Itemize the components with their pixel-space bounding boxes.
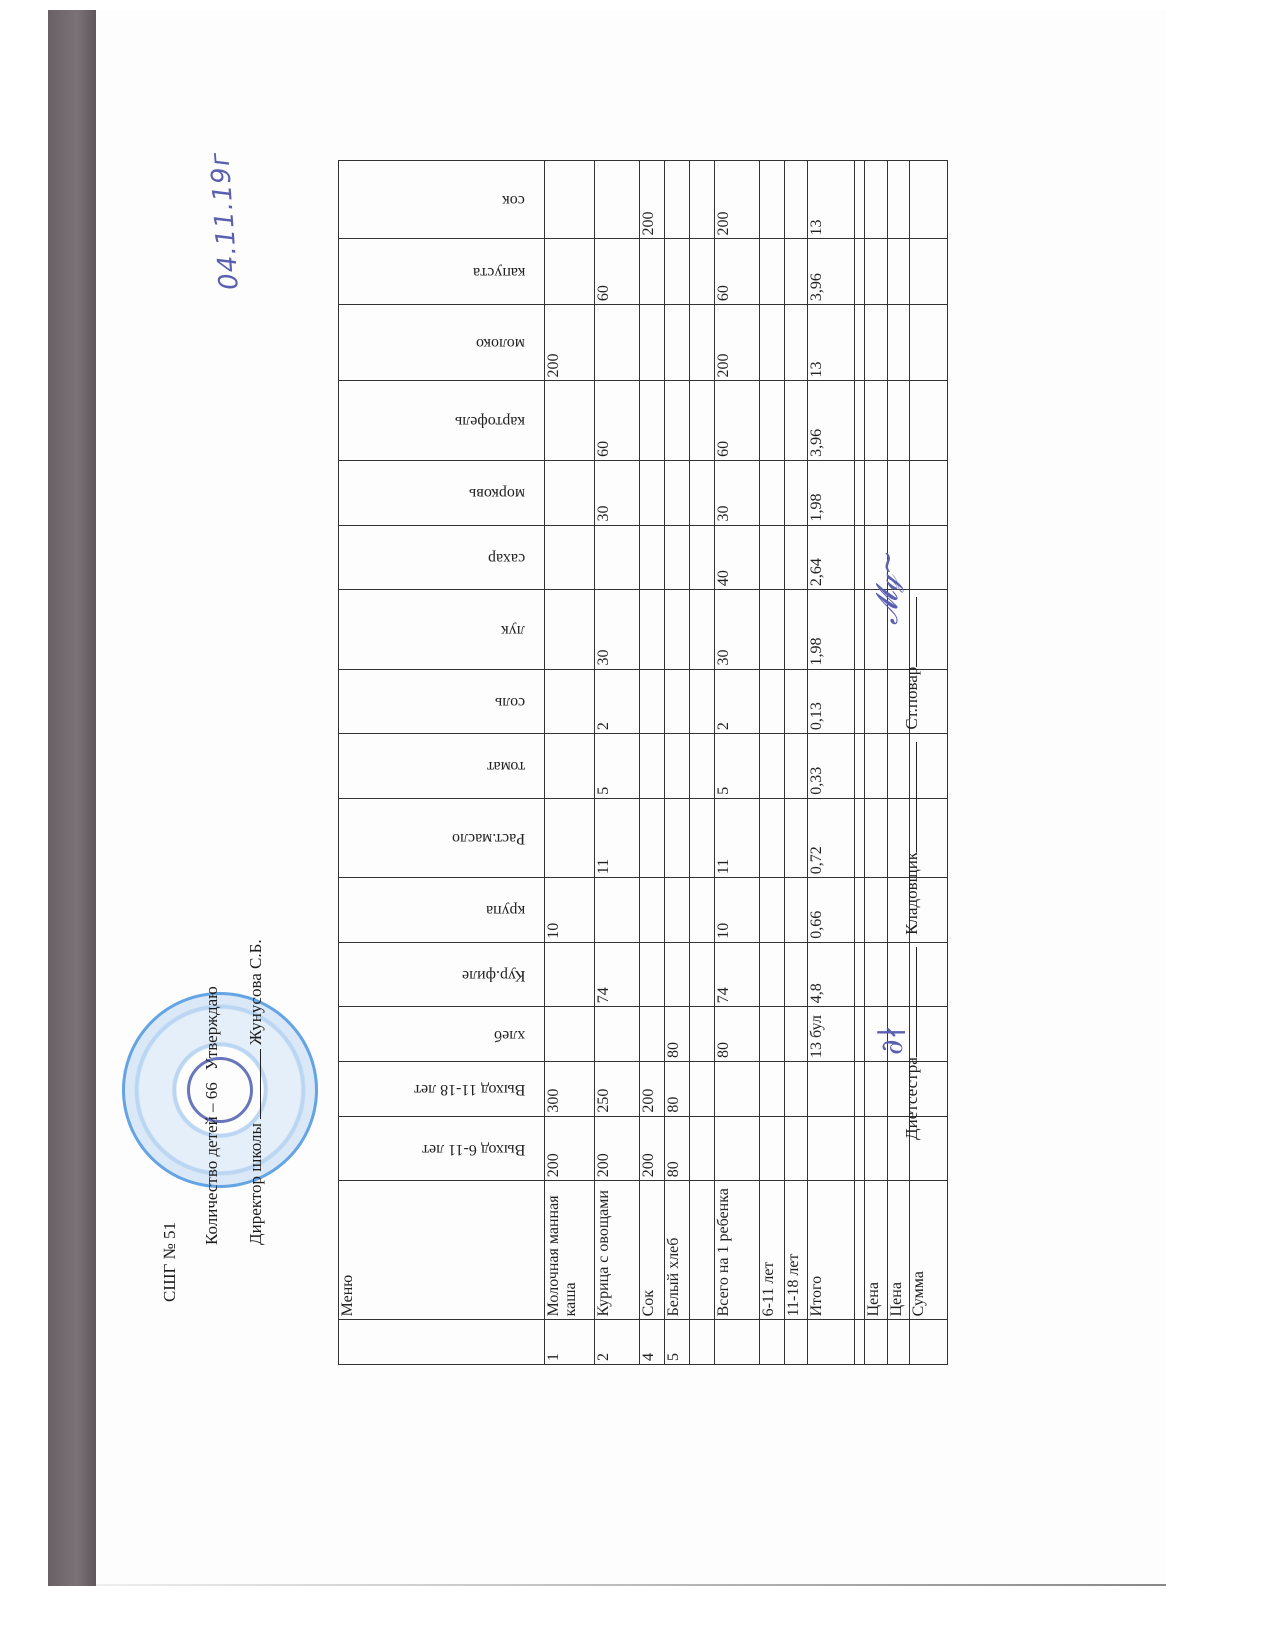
table-cell — [855, 798, 865, 877]
column-header: Меню — [339, 1181, 545, 1320]
table-cell — [760, 669, 785, 734]
table-cell — [910, 239, 948, 305]
table-row: 11-18 лет — [785, 161, 808, 1365]
header-row: МенюВыход 6-11 летВыход 11-18 летхлебКур… — [339, 161, 545, 1365]
table-cell — [785, 878, 808, 943]
children-count-label: Количество детей – 66 — [202, 1082, 221, 1245]
table-cell: 60 — [595, 381, 640, 460]
table-cell — [595, 1007, 640, 1062]
row-number — [910, 1320, 948, 1365]
row-label: Всего на 1 ребенка — [715, 1181, 760, 1320]
table-cell — [910, 381, 948, 460]
row-label: Цена — [888, 1181, 910, 1320]
table-cell — [865, 161, 888, 239]
table-cell — [865, 1116, 888, 1181]
table-cell — [855, 590, 865, 669]
table-cell — [760, 1116, 785, 1181]
table-cell: 60 — [595, 239, 640, 305]
table-cell — [785, 460, 808, 525]
rotated-document: СШГ № 51 Количество детей – 66Утверждаю … — [140, 160, 960, 1400]
table-cell — [785, 798, 808, 877]
column-header-label: сок — [502, 191, 543, 208]
table-cell — [545, 161, 595, 239]
column-header: капуста — [339, 239, 545, 305]
table-cell — [760, 798, 785, 877]
table-cell — [595, 161, 640, 239]
table-cell — [785, 669, 808, 734]
table-cell — [785, 1116, 808, 1181]
table-cell — [785, 381, 808, 460]
table-cell — [855, 1061, 865, 1116]
column-header — [339, 1320, 545, 1365]
director-name: Жунусова С.Б. — [246, 939, 265, 1045]
table-cell — [865, 798, 888, 877]
table-row: 6-11 лет — [760, 161, 785, 1365]
column-header: сок — [339, 161, 545, 239]
table-cell — [690, 239, 715, 305]
column-header: томат — [339, 734, 545, 799]
table-cell: 200 — [715, 161, 760, 239]
table-cell — [760, 734, 785, 799]
table-cell — [785, 239, 808, 305]
table-cell — [865, 460, 888, 525]
row-label: 11-18 лет — [785, 1181, 808, 1320]
table-cell — [855, 460, 865, 525]
table-cell — [690, 161, 715, 239]
table-cell — [665, 798, 690, 877]
table-cell: 200 — [595, 1116, 640, 1181]
table-cell: 11 — [595, 798, 640, 877]
row-label: Итого — [808, 1181, 855, 1320]
row-number: 1 — [545, 1320, 595, 1365]
table-cell: 74 — [715, 942, 760, 1007]
table-cell — [760, 460, 785, 525]
table-cell: 30 — [715, 590, 760, 669]
row-label — [855, 1181, 865, 1320]
table-cell — [855, 381, 865, 460]
table-cell — [785, 734, 808, 799]
row-number — [855, 1320, 865, 1365]
table-cell — [665, 239, 690, 305]
table-cell: 200 — [545, 305, 595, 381]
dietitian-signature-icon: ∂∤ — [875, 1025, 910, 1055]
table-cell — [640, 381, 665, 460]
column-header-label: Раст.масло — [452, 830, 543, 847]
table-cell: 0,13 — [808, 669, 855, 734]
column-header-label: Выход 11-18 лет — [414, 1080, 543, 1097]
table-cell — [545, 525, 595, 590]
column-header-label: хлеб — [494, 1026, 543, 1043]
table-cell: 74 — [595, 942, 640, 1007]
row-number: 5 — [665, 1320, 690, 1365]
table-cell — [690, 525, 715, 590]
table-cell — [640, 1007, 665, 1062]
table-cell — [640, 305, 665, 381]
table-cell — [690, 1061, 715, 1116]
column-header: Раст.масло — [339, 798, 545, 877]
table-cell — [910, 525, 948, 590]
table-cell — [690, 381, 715, 460]
table-cell — [760, 305, 785, 381]
table-cell — [640, 590, 665, 669]
table-cell — [785, 305, 808, 381]
table-cell — [910, 161, 948, 239]
table-cell — [545, 734, 595, 799]
table-cell — [865, 878, 888, 943]
table-cell — [760, 239, 785, 305]
table-cell — [808, 1116, 855, 1181]
table-cell — [760, 161, 785, 239]
row-label: Белый хлеб — [665, 1181, 690, 1320]
row-number — [715, 1320, 760, 1365]
table-cell: 30 — [595, 590, 640, 669]
table-cell: 4,8 — [808, 942, 855, 1007]
column-header: Выход 6-11 лет — [339, 1116, 545, 1181]
table-cell — [665, 734, 690, 799]
table-cell — [690, 878, 715, 943]
table-cell — [785, 590, 808, 669]
table-cell: 3,96 — [808, 381, 855, 460]
table-cell — [808, 1061, 855, 1116]
table-cell: 30 — [595, 460, 640, 525]
table-row: Цена — [865, 161, 888, 1365]
table-cell — [665, 878, 690, 943]
column-header: соль — [339, 669, 545, 734]
table-cell — [690, 305, 715, 381]
table-cell: 200 — [640, 161, 665, 239]
table-cell — [760, 590, 785, 669]
table-cell — [855, 525, 865, 590]
table-cell: 80 — [665, 1061, 690, 1116]
row-label: Курица с овощами — [595, 1181, 640, 1320]
head-cook-label: Ст.повар — [902, 667, 921, 730]
table-cell: 13 — [808, 305, 855, 381]
column-header-label: Выход 6-11 лет — [422, 1140, 543, 1157]
table-cell: 60 — [715, 239, 760, 305]
table-cell: 13 — [808, 161, 855, 239]
table-cell: 80 — [665, 1007, 690, 1062]
table-cell — [665, 305, 690, 381]
table-cell — [760, 525, 785, 590]
table-cell: 2 — [595, 669, 640, 734]
table-cell — [760, 1007, 785, 1062]
table-cell: 200 — [640, 1116, 665, 1181]
table-cell — [715, 1116, 760, 1181]
table-row: Всего на 1 ребенка8074101152304030602006… — [715, 161, 760, 1365]
column-header-label: молоко — [476, 334, 543, 351]
table-cell: 30 — [715, 460, 760, 525]
table-cell: 60 — [715, 381, 760, 460]
table-cell — [690, 734, 715, 799]
table-cell: 10 — [715, 878, 760, 943]
table-cell — [690, 1116, 715, 1181]
row-label: Сумма — [910, 1181, 948, 1320]
table-cell — [855, 1007, 865, 1062]
table-cell — [865, 305, 888, 381]
table-cell — [640, 734, 665, 799]
table-row: 5Белый хлеб808080 — [665, 161, 690, 1365]
signature-row: Диетсестра Кладовщик Ст.повар — [900, 597, 922, 1140]
row-label: Цена — [865, 1181, 888, 1320]
row-number — [808, 1320, 855, 1365]
column-header: морковь — [339, 460, 545, 525]
table-cell — [640, 798, 665, 877]
column-header-label: лук — [501, 621, 543, 638]
table-cell — [785, 942, 808, 1007]
row-number — [888, 1320, 910, 1365]
table-cell — [855, 1116, 865, 1181]
table-cell — [545, 1007, 595, 1062]
storekeeper-label: Кладовщик — [902, 852, 921, 935]
table-cell — [640, 460, 665, 525]
table-cell — [888, 239, 910, 305]
table-cell — [910, 460, 948, 525]
table-cell — [785, 1007, 808, 1062]
table-cell — [855, 305, 865, 381]
row-label: Молочная манная каша — [545, 1181, 595, 1320]
table-cell — [865, 381, 888, 460]
table-cell — [760, 878, 785, 943]
table-cell — [785, 161, 808, 239]
table-cell — [888, 305, 910, 381]
table-cell — [865, 239, 888, 305]
row-number — [785, 1320, 808, 1365]
table-cell — [545, 460, 595, 525]
table-cell: 13 бул — [808, 1007, 855, 1062]
table-cell: 200 — [545, 1116, 595, 1181]
column-header-label: соль — [495, 693, 543, 710]
table-cell: 2 — [715, 669, 760, 734]
table-cell — [760, 1061, 785, 1116]
column-header-label: капуста — [473, 263, 543, 280]
table-cell — [595, 305, 640, 381]
column-header: картофель — [339, 381, 545, 460]
director-signature-line — [246, 1049, 261, 1119]
table-cell — [690, 460, 715, 525]
handwritten-date: 04.11.19г — [205, 151, 245, 291]
table-cell: 250 — [595, 1061, 640, 1116]
approve-label: Утверждаю — [202, 986, 221, 1070]
table-cell: 3,96 — [808, 239, 855, 305]
director-label: Директор школы — [246, 1123, 265, 1245]
table-cell — [865, 734, 888, 799]
table-cell — [760, 942, 785, 1007]
table-cell — [640, 239, 665, 305]
table-row: 1Молочная манная каша20030010200 — [545, 161, 595, 1365]
column-header-label: сахар — [488, 549, 543, 566]
head-cook-signature-icon: 𝓜ℊ~ — [870, 550, 905, 625]
table-cell — [690, 942, 715, 1007]
table-cell — [690, 798, 715, 877]
row-label: Сок — [640, 1181, 665, 1320]
row-number: 4 — [640, 1320, 665, 1365]
column-header-label: томат — [487, 758, 543, 775]
table-cell: 5 — [595, 734, 640, 799]
table-cell — [640, 942, 665, 1007]
school-title: СШГ № 51 — [160, 1222, 180, 1302]
table-cell: 80 — [715, 1007, 760, 1062]
table-cell — [785, 525, 808, 590]
table-cell: 0,33 — [808, 734, 855, 799]
table-cell — [855, 669, 865, 734]
column-header: Выход 11-18 лет — [339, 1061, 545, 1116]
table-cell — [665, 161, 690, 239]
table-cell — [545, 590, 595, 669]
table-row — [690, 161, 715, 1365]
column-header-label: Кур.филе — [462, 966, 543, 983]
table-cell: 5 — [715, 734, 760, 799]
column-header: сахар — [339, 525, 545, 590]
column-header: Кур.филе — [339, 942, 545, 1007]
table-cell — [545, 942, 595, 1007]
table-cell — [865, 942, 888, 1007]
director-line: Директор школыЖунусова С.Б. — [246, 939, 266, 1245]
column-header: молоко — [339, 305, 545, 381]
table-cell: 11 — [715, 798, 760, 877]
table-cell — [595, 525, 640, 590]
table-cell: 2,64 — [808, 525, 855, 590]
table-row: Итого13 бул4,80,660,720,330,131,982,641,… — [808, 161, 855, 1365]
row-label: 6-11 лет — [760, 1181, 785, 1320]
table-row: 2Курица с овощами20025074115230306060 — [595, 161, 640, 1365]
table-cell: 200 — [640, 1061, 665, 1116]
column-header: хлеб — [339, 1007, 545, 1062]
table-cell: 40 — [715, 525, 760, 590]
table-cell — [785, 1061, 808, 1116]
table-cell — [665, 942, 690, 1007]
table-cell: 300 — [545, 1061, 595, 1116]
table-cell — [855, 942, 865, 1007]
menu-table: МенюВыход 6-11 летВыход 11-18 летхлебКур… — [338, 160, 948, 1365]
table-cell — [545, 669, 595, 734]
column-header-label: морковь — [469, 484, 543, 501]
table-cell — [665, 590, 690, 669]
table-cell — [888, 460, 910, 525]
table-cell — [855, 878, 865, 943]
table-cell — [545, 381, 595, 460]
table-cell — [665, 669, 690, 734]
table-cell — [665, 381, 690, 460]
table-cell — [888, 381, 910, 460]
table-cell — [665, 460, 690, 525]
table-cell — [690, 590, 715, 669]
table-cell — [865, 1061, 888, 1116]
column-header: крупа — [339, 878, 545, 943]
table-cell — [545, 798, 595, 877]
table-cell — [665, 525, 690, 590]
table-cell — [855, 161, 865, 239]
table-row — [855, 161, 865, 1365]
page-edge — [96, 1584, 1166, 1586]
column-header: лук — [339, 590, 545, 669]
table-cell — [545, 239, 595, 305]
table-cell — [760, 381, 785, 460]
scanner-edge — [48, 10, 96, 1586]
table-cell — [715, 1061, 760, 1116]
row-label — [690, 1181, 715, 1320]
row-number — [760, 1320, 785, 1365]
row-number — [690, 1320, 715, 1365]
column-header-label: крупа — [486, 902, 543, 919]
table-cell: 10 — [545, 878, 595, 943]
row-number — [865, 1320, 888, 1365]
table-cell — [640, 878, 665, 943]
table-cell: 0,66 — [808, 878, 855, 943]
table-cell — [595, 878, 640, 943]
table-cell: 200 — [715, 305, 760, 381]
table-cell — [690, 1007, 715, 1062]
column-header-label: картофель — [455, 412, 543, 429]
table-cell — [690, 669, 715, 734]
table-cell — [855, 734, 865, 799]
children-count: Количество детей – 66Утверждаю — [202, 986, 222, 1245]
dietitian-label: Диетсестра — [902, 1057, 921, 1140]
table-cell — [888, 161, 910, 239]
table-cell: 80 — [665, 1116, 690, 1181]
storekeeper-signature-line — [900, 742, 917, 852]
table-cell — [640, 525, 665, 590]
table-cell — [865, 669, 888, 734]
row-number: 2 — [595, 1320, 640, 1365]
table-cell: 1,98 — [808, 590, 855, 669]
table-cell — [640, 669, 665, 734]
table-row: 4Сок200200200 — [640, 161, 665, 1365]
table-cell — [855, 239, 865, 305]
table-cell — [910, 305, 948, 381]
table-cell: 0,72 — [808, 798, 855, 877]
table-cell: 1,98 — [808, 460, 855, 525]
